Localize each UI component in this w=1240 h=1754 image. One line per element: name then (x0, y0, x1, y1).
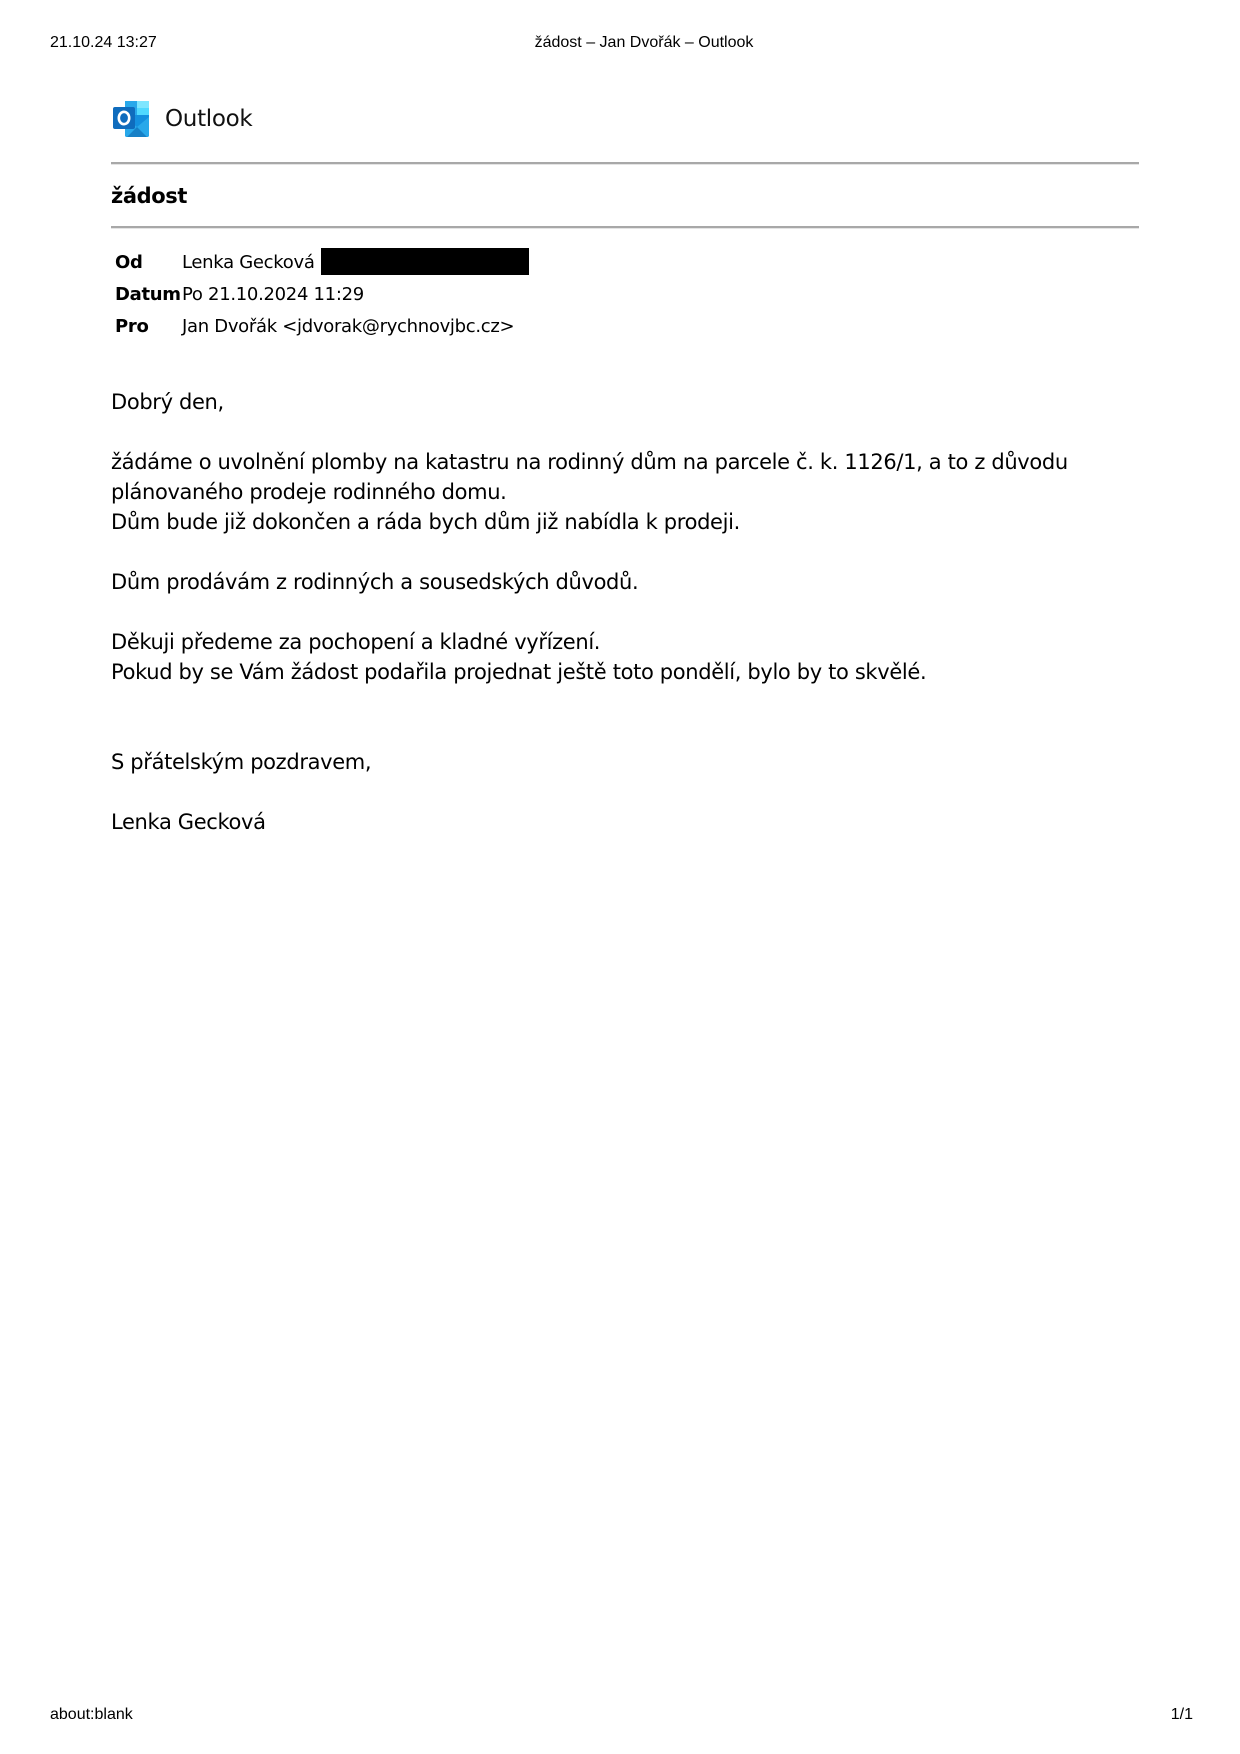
email-body: Dobrý den, žádáme o uvolnění plomby na k… (111, 387, 1141, 837)
header-date: Datum Po 21.10.2024 11:29 (115, 278, 529, 310)
divider (111, 226, 1139, 229)
header-to: Pro Jan Dvořák <jdvorak@rychnovjbc.cz> (115, 310, 529, 342)
print-footer: about:blank 1/1 (0, 1704, 1240, 1726)
print-page-title: žádost – Jan Dvořák – Outlook (0, 32, 1240, 54)
body-paragraph: Dům prodávám z rodinných a sousedských d… (111, 567, 1141, 597)
sender-name: Lenka Gecková (182, 252, 315, 273)
sent-date: Po 21.10.2024 11:29 (182, 284, 364, 305)
brand: Outlook (113, 100, 252, 138)
print-url: about:blank (50, 1704, 133, 1726)
recipient: Jan Dvořák <jdvorak@rychnovjbc.cz> (182, 316, 514, 337)
signature: Lenka Gecková (111, 807, 1141, 837)
body-paragraph: Děkuji předeme za pochopení a kladné vyř… (111, 627, 1141, 687)
header-label: Datum (115, 284, 182, 305)
header-label: Pro (115, 316, 182, 337)
email-subject: žádost (111, 182, 187, 210)
email-headers: Od Lenka Gecková Datum Po 21.10.2024 11:… (115, 246, 529, 342)
greeting: Dobrý den, (111, 387, 1141, 417)
page-number: 1/1 (1171, 1704, 1193, 1726)
divider (111, 162, 1139, 165)
print-header: 21.10.24 13:27 žádost – Jan Dvořák – Out… (0, 32, 1240, 54)
body-paragraph: žádáme o uvolnění plomby na katastru na … (111, 447, 1141, 537)
redacted-email-block (321, 248, 529, 275)
closing: S přátelským pozdravem, (111, 747, 1141, 777)
outlook-logo-icon (113, 101, 151, 137)
brand-name: Outlook (165, 106, 252, 132)
header-from: Od Lenka Gecková (115, 246, 529, 278)
header-label: Od (115, 252, 182, 273)
